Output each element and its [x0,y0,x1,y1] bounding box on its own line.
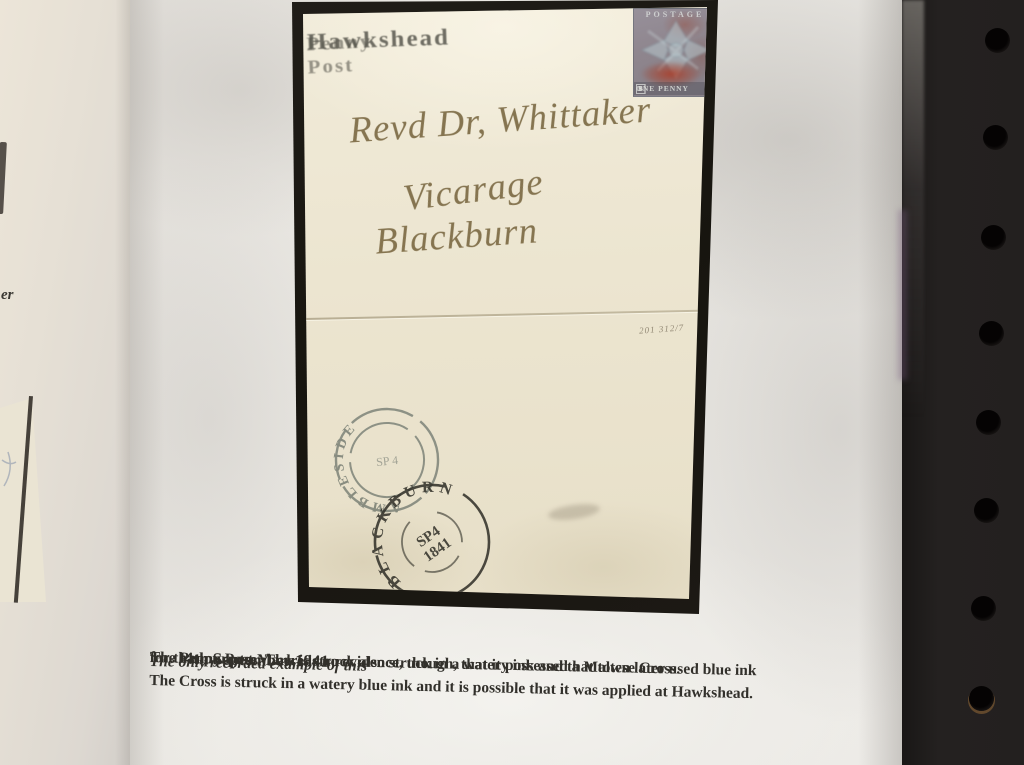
pegboard-hole [983,125,1008,150]
adjacent-album-page [0,0,135,765]
pegboard-hole [969,686,994,711]
stamp-corner-letter-right: B [636,84,646,94]
svg-text:BLACKBURN: BLACKBURN [345,455,464,593]
handstamp-service-line: Penny Post [306,30,374,79]
fold-crease [305,310,705,320]
pegboard-purple-glint [898,210,907,380]
address-recipient-line: Revd Dr, Whittaker [348,88,653,152]
penny-red-stamp: POSTAGE S ONE PENNY B [633,8,717,97]
pegboard-hole [976,410,1001,435]
stamp-value-band: S ONE PENNY B [634,82,716,95]
pegboard-hole [979,321,1004,346]
pegboard-hole [971,596,996,621]
pencil-collector-note: 201 312/7 [639,322,685,335]
stamp-postage-label: POSTAGE [634,10,716,19]
pegboard-hole [974,498,999,523]
pegboard-hole [985,28,1010,53]
pegboard-hole [981,225,1006,250]
adjacent-manuscript-mark [0,440,26,492]
album-page-right-shadow [858,0,905,765]
ink-smudge [547,501,600,522]
postal-cover: Hawkshead Penny Post Revd Dr, Whittaker … [303,7,707,599]
adjacent-text-fragment: er [1,287,14,304]
address-town-line: Blackburn [374,209,540,263]
blackburn-ring-text: BLACKBURN [345,455,464,593]
exhibit-photo: er Hawkshead Penny Post Revd Dr, Whittak… [0,0,1024,765]
